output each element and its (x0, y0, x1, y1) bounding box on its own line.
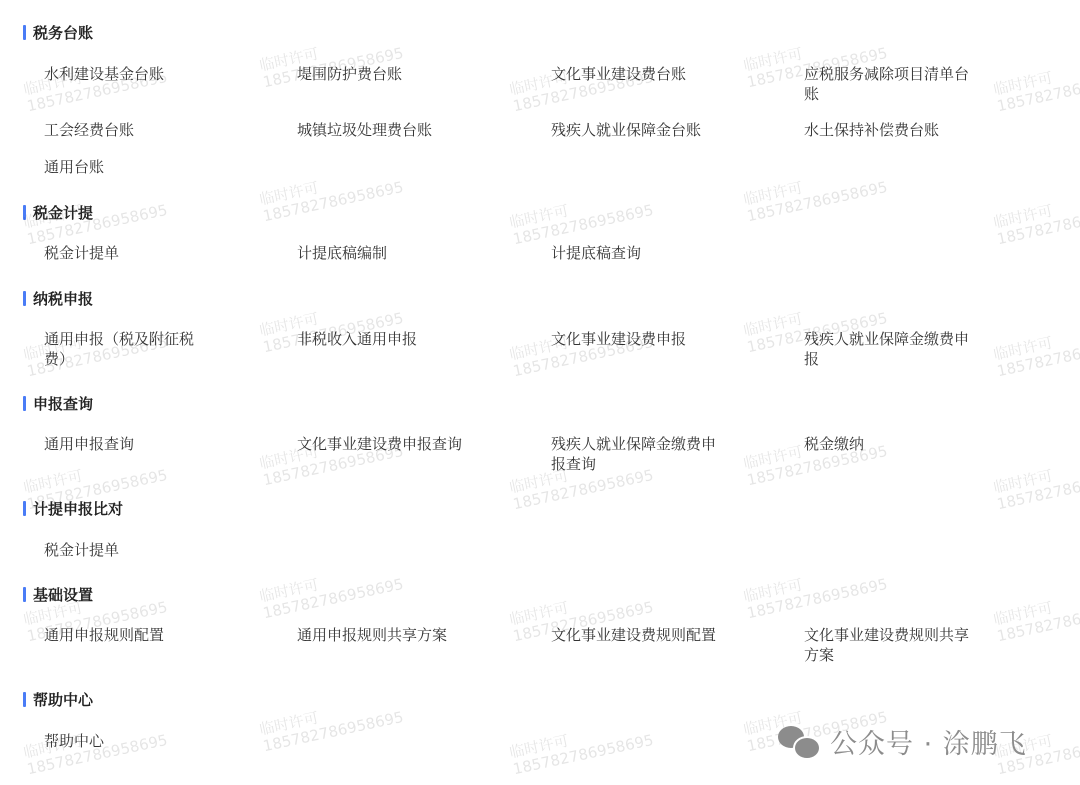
watermark: 临时许可18578278695​8695 (742, 162, 889, 225)
menu-item-disability-fund-ledger[interactable]: 残疾人就业保障金台账 (551, 120, 726, 140)
watermark: 临时许可18578278695​8695 (742, 559, 889, 622)
menu-item-culture-fee-ledger[interactable]: 文化事业建设费台账 (551, 64, 726, 84)
menu-item-general-rule-share[interactable]: 通用申报规则共享方案 (297, 625, 477, 645)
menu-item-water-fund-ledger[interactable]: 水利建设基金台账 (44, 64, 214, 84)
watermark: 临时许可18578278695​8695 (992, 52, 1080, 115)
menu-item-accrual-draft-edit[interactable]: 计提底稿编制 (297, 243, 472, 263)
section-title-label: 纳税申报 (33, 288, 93, 309)
watermark: 临时许可18578278695​8695 (258, 692, 405, 755)
wechat-account-mark: 公众号 · 涂鹏飞 (778, 722, 1027, 761)
menu-item-general-filing-query[interactable]: 通用申报查询 (44, 434, 214, 454)
section-title-tax-ledger: 税务台账 (23, 23, 93, 41)
watermark: 临时许可18578278695​8695 (258, 559, 405, 622)
section-title-label: 计提申报比对 (33, 498, 123, 519)
watermark: 临时许可18578278695​8695 (258, 162, 405, 225)
menu-item-culture-fee-filing[interactable]: 文化事业建设费申报 (551, 329, 726, 349)
section-title-basic-settings: 基础设置 (23, 585, 93, 603)
section-title-tax-accrual: 税金计提 (23, 203, 93, 221)
section-title-help-center: 帮助中心 (23, 690, 93, 708)
section-title-filing-query: 申报查询 (23, 394, 93, 412)
accent-bar (23, 501, 26, 516)
accent-bar (23, 587, 26, 602)
menu-item-accrual-draft-query[interactable]: 计提底稿查询 (551, 243, 726, 263)
menu-item-disability-fund-filing[interactable]: 残疾人就业保障金缴费申报 (804, 329, 979, 369)
watermark: 临时许可18578278695​8695 (992, 450, 1080, 513)
watermark: 临时许可18578278695​8695 (992, 317, 1080, 380)
accent-bar (23, 205, 26, 220)
menu-item-nontax-filing[interactable]: 非税收入通用申报 (297, 329, 472, 349)
section-title-label: 申报查询 (33, 393, 93, 414)
menu-item-deduction-list-ledger[interactable]: 应税服务减除项目清单台账 (804, 64, 979, 104)
section-title-label: 税金计提 (33, 202, 93, 223)
section-title-label: 基础设置 (33, 584, 93, 605)
menu-item-accrual-sheet[interactable]: 税金计提单 (44, 243, 214, 263)
menu-item-general-ledger[interactable]: 通用台账 (44, 157, 214, 177)
section-title-accrual-filing-compare: 计提申报比对 (23, 499, 123, 517)
watermark: 临时许可18578278695​8695 (508, 185, 655, 248)
accent-bar (23, 291, 26, 306)
accent-bar (23, 396, 26, 411)
watermark: 临时许可18578278695​8695 (508, 715, 655, 778)
menu-item-garbage-fee-ledger[interactable]: 城镇垃圾处理费台账 (297, 120, 472, 140)
menu-item-culture-fee-rule-config[interactable]: 文化事业建设费规则配置 (551, 625, 731, 645)
menu-item-culture-fee-filing-query[interactable]: 文化事业建设费申报查询 (297, 434, 477, 454)
accent-bar (23, 25, 26, 40)
section-title-label: 帮助中心 (33, 689, 93, 710)
watermark: 临时许可18578278695​8695 (992, 185, 1080, 248)
menu-item-tax-payment[interactable]: 税金缴纳 (804, 434, 979, 454)
menu-item-general-filing[interactable]: 通用申报（税及附征税费） (44, 329, 204, 369)
section-title-label: 税务台账 (33, 22, 93, 43)
menu-item-compare-accrual-sheet[interactable]: 税金计提单 (44, 540, 214, 560)
menu-item-general-rule-config[interactable]: 通用申报规则配置 (44, 625, 214, 645)
footer-text: 公众号 · 涂鹏飞 (830, 722, 1027, 761)
menu-item-union-fee-ledger[interactable]: 工会经费台账 (44, 120, 214, 140)
menu-item-culture-fee-rule-share[interactable]: 文化事业建设费规则共享方案 (804, 625, 979, 665)
menu-item-disability-fund-filing-query[interactable]: 残疾人就业保障金缴费申报查询 (551, 434, 726, 474)
wechat-icon (778, 724, 820, 760)
menu-item-embankment-fee-ledger[interactable]: 堤围防护费台账 (297, 64, 467, 84)
section-title-tax-filing: 纳税申报 (23, 289, 93, 307)
watermark: 临时许可18578278695​8695 (992, 582, 1080, 645)
menu-item-soil-conservation-ledger[interactable]: 水土保持补偿费台账 (804, 120, 979, 140)
menu-item-help-center[interactable]: 帮助中心 (44, 731, 214, 751)
accent-bar (23, 692, 26, 707)
